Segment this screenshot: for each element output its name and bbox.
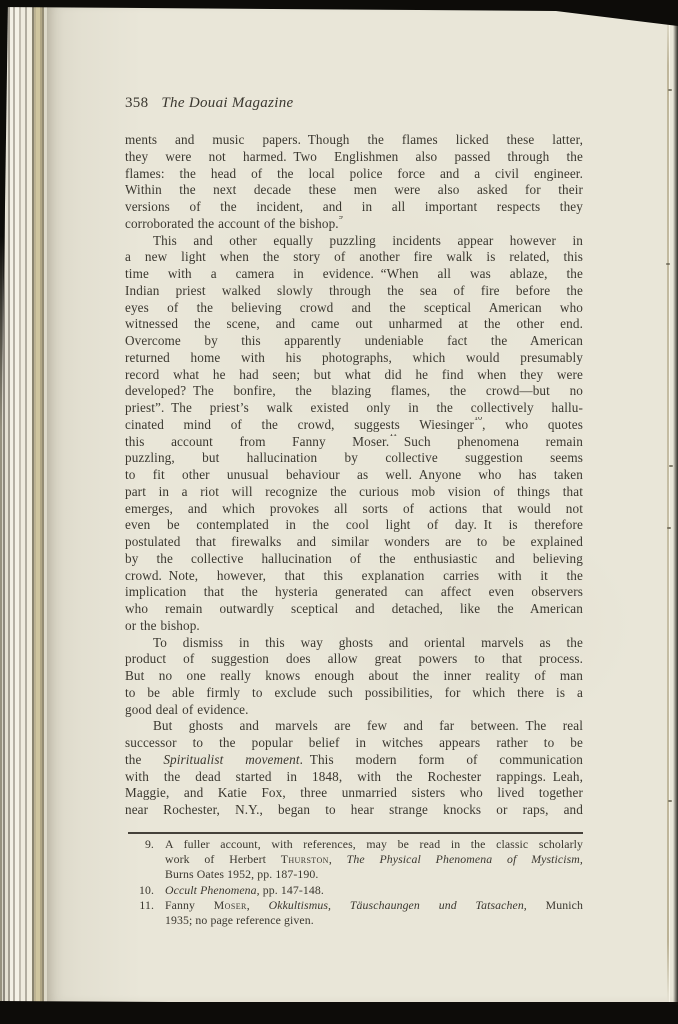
text-line: Overcome by this apparently undeniable f…: [125, 333, 583, 350]
text-line: postulated that firewalks and similar wo…: [125, 534, 583, 551]
text-line: cinated mind of the crowd, suggests Wies…: [125, 417, 583, 434]
text-line: returned home with his photographs, whic…: [125, 350, 583, 367]
footnote-text: Fanny Moser, Okkultismus, Täuschaungen u…: [165, 898, 583, 928]
text-line: ments and music papers. Though the flame…: [125, 132, 583, 149]
footnote-line: A fuller account, with references, may b…: [165, 837, 583, 852]
footnotes: 9.A fuller account, with references, may…: [128, 837, 583, 928]
running-header: 358The Douai Magazine: [125, 94, 583, 113]
text-line: or the bishop.: [125, 618, 583, 635]
text-line: product of suggestion does allow great p…: [125, 651, 583, 668]
text-line: they were not harmed. Two Englishmen als…: [125, 149, 583, 166]
text-line: corroborated the account of the bishop.9: [125, 216, 583, 233]
footnote-rule: [128, 832, 583, 834]
scan-border-bottom: [0, 1000, 678, 1024]
text-line: by the collective hallucination of the e…: [125, 551, 583, 568]
paper-speck: [668, 800, 672, 802]
footnote-line: Occult Phenomena, pp. 147-148.: [165, 883, 583, 898]
book-scan: 358The Douai Magazine ments and music pa…: [0, 0, 678, 1024]
page-edge-stack: [0, 6, 47, 1002]
text-line: even be contemplated in the cool light o…: [125, 517, 583, 534]
text-line: part in a riot will recognize the curiou…: [125, 484, 583, 501]
page-crease: [667, 6, 669, 1002]
page-number: 358: [125, 95, 148, 111]
footnote-line: Burns Oates 1952, pp. 187-190.: [165, 867, 583, 882]
text-line: with the dead started in 1848, with the …: [125, 769, 583, 786]
text-line: record what he had seen; but what did he…: [125, 367, 583, 384]
footnote: 9.A fuller account, with references, may…: [128, 837, 583, 883]
text-line: Maggie, and Katie Fox, three unmarried s…: [125, 785, 583, 802]
paragraph: ments and music papers. Though the flame…: [125, 132, 583, 233]
text-line: But no one really knows enough about the…: [125, 668, 583, 685]
paragraph: But ghosts and marvels are few and far b…: [125, 718, 583, 819]
paper-speck: [666, 263, 670, 265]
text-line: near Rochester, N.Y., began to hear stra…: [125, 802, 583, 819]
text-line: developed? The bonfire, the blazing flam…: [125, 383, 583, 400]
text-line: To dismiss in this way ghosts and orient…: [125, 635, 583, 652]
text-line: a new light when the story of another fi…: [125, 249, 583, 266]
footnote-number: 11.: [128, 898, 165, 928]
footnote-number: 9.: [128, 837, 165, 883]
paragraph: This and other equally puzzling incident…: [125, 233, 583, 635]
text-line: puzzling, but hallucination by collectiv…: [125, 450, 583, 467]
text-line: the Spiritualist movement. This modern f…: [125, 752, 583, 769]
text-line: emerges, and which provokes all sorts of…: [125, 501, 583, 518]
text-line: successor to the popular belief in witch…: [125, 735, 583, 752]
footnote-text: Occult Phenomena, pp. 147-148.: [165, 883, 583, 898]
text-line: to be able firmly to exclude such possib…: [125, 685, 583, 702]
body-text: ments and music papers. Though the flame…: [125, 132, 583, 819]
text-line: to fit other unusual behaviour as well. …: [125, 467, 583, 484]
footnote-line: Fanny Moser, Okkultismus, Täuschaungen u…: [165, 898, 583, 913]
text-line: witnessed the scene, and came out unharm…: [125, 316, 583, 333]
paper-speck: [668, 89, 672, 91]
paper-speck: [667, 527, 671, 529]
book-page: 358The Douai Magazine ments and music pa…: [47, 6, 678, 1002]
text-line: good deal of evidence.: [125, 702, 583, 719]
text-line: time with a camera in evidence. “When al…: [125, 266, 583, 283]
text-line: Within the next decade these men were al…: [125, 182, 583, 199]
paragraph: To dismiss in this way ghosts and orient…: [125, 635, 583, 719]
footnote: 11.Fanny Moser, Okkultismus, Täuschaunge…: [128, 898, 583, 928]
footnote-line: 1935; no page reference given.: [165, 913, 583, 928]
footnote: 10.Occult Phenomena, pp. 147-148.: [128, 883, 583, 898]
text-line: implication that the hysteria generated …: [125, 584, 583, 601]
footnote-number: 10.: [128, 883, 165, 898]
scan-border-right: [673, 0, 678, 1024]
text-line: eyes of the believing crowd and the scep…: [125, 300, 583, 317]
text-line: who remain outwardly sceptical and detac…: [125, 601, 583, 618]
text-line: This and other equally puzzling incident…: [125, 233, 583, 250]
text-line: priest”. The priest’s walk existed only …: [125, 400, 583, 417]
text-line: flames: the head of the local police for…: [125, 166, 583, 183]
text-line: Indian priest walked slowly through the …: [125, 283, 583, 300]
text-line: But ghosts and marvels are few and far b…: [125, 718, 583, 735]
running-title: The Douai Magazine: [161, 95, 293, 111]
text-line: crowd. Note, however, that this explanat…: [125, 568, 583, 585]
footnote-text: A fuller account, with references, may b…: [165, 837, 583, 883]
text-line: versions of the incident, and in all imp…: [125, 199, 583, 216]
footnote-line: work of Herbert Thurston, The Physical P…: [165, 852, 583, 867]
text-line: this account from Fanny Moser.11 Such ph…: [125, 434, 583, 451]
